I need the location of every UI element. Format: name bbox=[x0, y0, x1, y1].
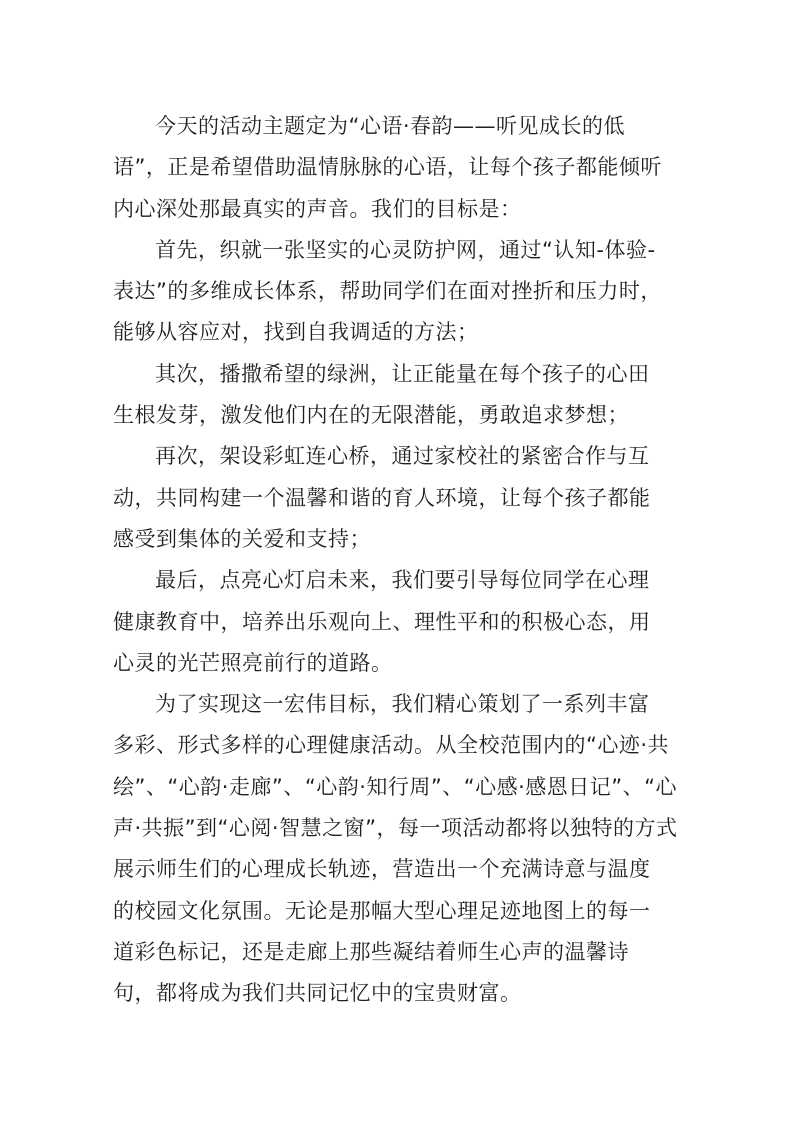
text-line: 内心深处那最真实的声音。我们的目标是： bbox=[113, 189, 675, 230]
text-line: 最后，点亮心灯启未来，我们要引导每位同学在心理 bbox=[113, 560, 675, 601]
text-line: 的校园文化氛围。无论是那幅大型心理足迹地图上的每一 bbox=[113, 891, 675, 932]
text-line: 句，都将成为我们共同记忆中的宝贵财富。 bbox=[113, 973, 675, 1014]
paragraph: 首先，织就一张坚实的心灵防护网，通过“认知-体验-表达”的多维成长体系，帮助同学… bbox=[113, 230, 675, 354]
text-line: 今天的活动主题定为“心语·春韵——听见成长的低 bbox=[113, 106, 675, 147]
paragraph: 为了实现这一宏伟目标，我们精心策划了一系列丰富多彩、形式多样的心理健康活动。从全… bbox=[113, 684, 675, 1014]
text-line: 表达”的多维成长体系，帮助同学们在面对挫折和压力时， bbox=[113, 271, 675, 312]
text-line: 首先，织就一张坚实的心灵防护网，通过“认知-体验- bbox=[113, 230, 675, 271]
text-line: 心灵的光芒照亮前行的道路。 bbox=[113, 643, 675, 684]
paragraph: 再次，架设彩虹连心桥，通过家校社的紧密合作与互动，共同构建一个温馨和谐的育人环境… bbox=[113, 436, 675, 560]
text-line: 展示师生们的心理成长轨迹，营造出一个充满诗意与温度 bbox=[113, 849, 675, 890]
paragraph: 今天的活动主题定为“心语·春韵——听见成长的低语”，正是希望借助温情脉脉的心语，… bbox=[113, 106, 675, 230]
text-line: 道彩色标记，还是走廊上那些凝结着师生心声的温馨诗 bbox=[113, 932, 675, 973]
text-line: 多彩、形式多样的心理健康活动。从全校范围内的“心迹·共 bbox=[113, 725, 675, 766]
text-line: 再次，架设彩虹连心桥，通过家校社的紧密合作与互 bbox=[113, 436, 675, 477]
text-line: 感受到集体的关爱和支持； bbox=[113, 519, 675, 560]
text-line: 健康教育中，培养出乐观向上、理性平和的积极心态，用 bbox=[113, 602, 675, 643]
paragraph: 其次，播撒希望的绿洲，让正能量在每个孩子的心田生根发芽，激发他们内在的无限潜能，… bbox=[113, 354, 675, 437]
paragraph: 最后，点亮心灯启未来，我们要引导每位同学在心理健康教育中，培养出乐观向上、理性平… bbox=[113, 560, 675, 684]
text-line: 其次，播撒希望的绿洲，让正能量在每个孩子的心田 bbox=[113, 354, 675, 395]
text-line: 能够从容应对，找到自我调适的方法； bbox=[113, 312, 675, 353]
text-line: 为了实现这一宏伟目标，我们精心策划了一系列丰富 bbox=[113, 684, 675, 725]
text-line: 声·共振”到“心阅·智慧之窗”，每一项活动都将以独特的方式 bbox=[113, 808, 675, 849]
document-page: 今天的活动主题定为“心语·春韵——听见成长的低语”，正是希望借助温情脉脉的心语，… bbox=[0, 0, 793, 1122]
text-line: 语”，正是希望借助温情脉脉的心语，让每个孩子都能倾听 bbox=[113, 147, 675, 188]
text-line: 生根发芽，激发他们内在的无限潜能，勇敢追求梦想； bbox=[113, 395, 675, 436]
text-line: 动，共同构建一个温馨和谐的育人环境，让每个孩子都能 bbox=[113, 478, 675, 519]
text-block: 今天的活动主题定为“心语·春韵——听见成长的低语”，正是希望借助温情脉脉的心语，… bbox=[113, 106, 675, 1015]
text-line: 绘”、“心韵·走廊”、“心韵·知行周”、“心感·感恩日记”、“心 bbox=[113, 767, 675, 808]
